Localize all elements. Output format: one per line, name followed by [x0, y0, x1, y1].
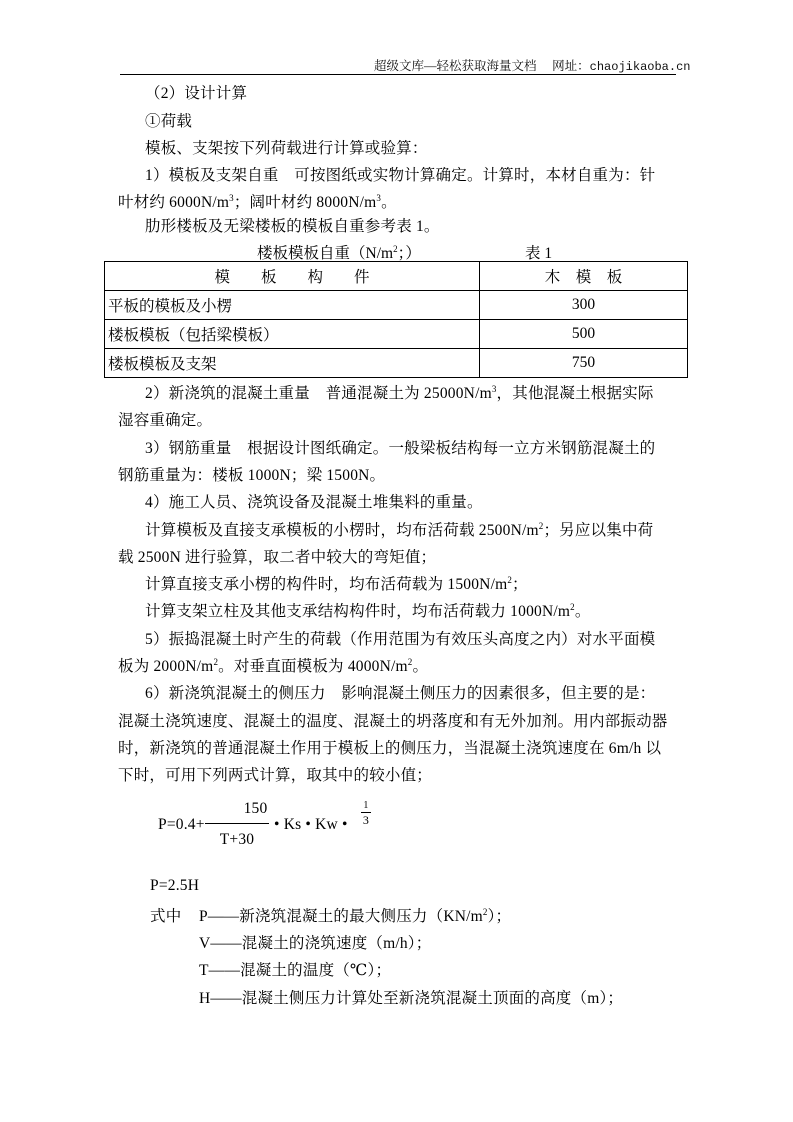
formula-middle: • Ks • Kw • [274, 816, 348, 834]
text: 。对垂直面模板为 4000N/m [218, 658, 408, 675]
item4-p3: 计算支架立柱及其他支承结构构件时，均布活荷载力 1000N/m2。 [145, 599, 591, 621]
text: 。 [381, 194, 397, 211]
text: 。 [412, 658, 428, 675]
text: 叶材约 6000N/m [118, 194, 229, 211]
text: 2）新浇筑的混凝土重量 普通混凝土为 25000N/m [145, 385, 492, 402]
item4-line1: 4）施工人员、浇筑设备及混凝土堆集料的重量。 [145, 490, 483, 512]
where-label: 式中 [150, 904, 181, 926]
formula-lhs: P=0.4+ [158, 816, 205, 834]
intro-text: 模板、支架按下列荷载进行计算或验算： [145, 136, 428, 158]
cell-component: 楼板模板及支架 [105, 349, 480, 378]
item5-line2: 板为 2000N/m2。对垂直面模板为 4000N/m2。 [118, 654, 428, 676]
header-site-text: 超级文库—轻松获取海量文档 [374, 59, 537, 73]
item6-line1: 6）新浇筑混凝土的侧压力 影响混凝土侧压力的因素很多，但主要的是： [145, 681, 655, 703]
table-label: 表 1 [525, 241, 552, 263]
text: ；阔叶材约 8000N/m [234, 194, 377, 211]
table-caption: 楼板模板自重（N/m2；） [257, 241, 421, 263]
where-def-t: T——混凝土的温度（℃）； [199, 958, 391, 980]
formula-2: P=2.5H [150, 877, 199, 895]
document-page: 超级文库—轻松获取海量文档 网址：chaojikaoba.cn （2）设计计算 … [0, 0, 793, 1122]
cell-component: 平板的模板及小楞 [105, 291, 480, 320]
text: 计算支架立柱及其他支承结构构件时，均布活荷载力 1000N/m [145, 603, 570, 620]
table-row: 平板的模板及小楞 300 [105, 291, 688, 320]
table-header-row: 模 板 构 件 木 模 板 [105, 262, 688, 291]
item2-line2: 湿容重确定。 [118, 408, 212, 430]
exponent-numerator: 1 [361, 800, 371, 811]
text: ；另应以集中荷 [543, 522, 653, 539]
text: P——新浇筑混凝土的最大侧压力（KN/m [199, 908, 483, 925]
formula-denominator: T+30 [205, 831, 269, 849]
text: ，其他混凝土根据实际 [497, 385, 654, 402]
item6-line4: 下时，可用下列两式计算，取其中的较小值； [118, 763, 432, 785]
cell-wood: 300 [480, 291, 688, 320]
where-def-h: H——混凝土侧压力计算处至新浇筑混凝土顶面的高度（m）； [199, 986, 623, 1008]
item4-p1-line1: 计算模板及直接支承模板的小楞时，均布活荷载 2500N/m2；另应以集中荷 [145, 518, 653, 540]
header-rule [120, 74, 676, 75]
cell-wood: 500 [480, 320, 688, 349]
fraction-bar [205, 823, 269, 824]
item4-p1-line2: 载 2500N 进行验算，取二者中较大的弯矩值； [118, 545, 436, 567]
header-url-label: 网址： [552, 59, 590, 73]
text: 板为 2000N/m [118, 658, 213, 675]
text: ； [512, 576, 528, 593]
text: 楼板模板自重（N/m [257, 245, 393, 262]
header-cell-wood: 木 模 板 [480, 262, 688, 291]
where-def-v: V——混凝土的浇筑速度（m/h）； [199, 931, 431, 953]
section-title: （2）设计计算 [145, 81, 247, 103]
cell-component: 楼板模板（包括梁模板） [105, 320, 480, 349]
item5-line1: 5）振捣混凝土时产生的荷载（作用范围为有效压头高度之内）对水平面模 [145, 627, 655, 649]
item6-line3: 时，新浇筑的普通混凝土作用于模板上的侧压力，当混凝土浇筑速度在 6m/h 以 [118, 736, 661, 758]
item3-line1: 3）钢筋重量 根据设计图纸确定。一般梁板结构每一立方米钢筋混凝土的 [145, 436, 655, 458]
text: 。 [575, 603, 591, 620]
item3-line2: 钢筋重量为：楼板 1000N；梁 1500N。 [118, 463, 385, 485]
item6-line2: 混凝土浇筑速度、混凝土的温度、混凝土的坍落度和有无外加剂。用内部振动器 [118, 709, 668, 731]
item1-line1: 1）模板及支架自重 可按图纸或实物计算确定。计算时，本材自重为：针 [145, 163, 655, 185]
cell-wood: 750 [480, 349, 688, 378]
item2-line1: 2）新浇筑的混凝土重量 普通混凝土为 25000N/m3，其他混凝土根据实际 [145, 381, 654, 403]
text: ）； [488, 908, 512, 925]
table-row: 楼板模板及支架 750 [105, 349, 688, 378]
exponent-denominator: 3 [361, 813, 371, 828]
item1-line2: 叶材约 6000N/m3；阔叶材约 8000N/m3。 [118, 190, 397, 212]
header-url: chaojikaoba.cn [590, 60, 691, 74]
item4-p2: 计算直接支承小楞的构件时，均布活荷载为 1500N/m2； [145, 572, 528, 594]
text: 计算直接支承小楞的构件时，均布活荷载为 1500N/m [145, 576, 507, 593]
table-row: 楼板模板（包括梁模板） 500 [105, 320, 688, 349]
header-cell-component: 模 板 构 件 [105, 262, 480, 291]
load-table: 模 板 构 件 木 模 板 平板的模板及小楞 300 楼板模板（包括梁模板） 5… [104, 261, 688, 378]
item1-line3: 肋形楼板及无梁楼板的模板自重参考表 1。 [145, 214, 440, 236]
page-header: 超级文库—轻松获取海量文档 网址：chaojikaoba.cn [374, 56, 690, 74]
text: 计算模板及直接支承模板的小楞时，均布活荷载 2500N/m [145, 522, 539, 539]
text: ；） [398, 245, 421, 262]
subsection-title: ①荷载 [145, 109, 192, 131]
where-def-p: P——新浇筑混凝土的最大侧压力（KN/m2）； [199, 904, 511, 926]
